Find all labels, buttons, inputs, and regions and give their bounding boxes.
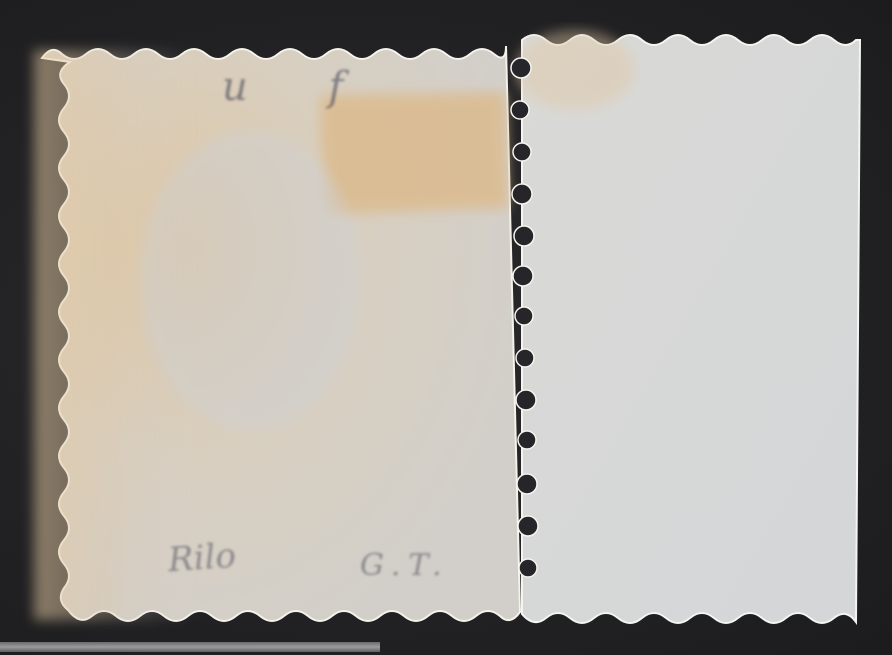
paper-thin-area	[140, 130, 360, 430]
pencil-notation-bottom-right: G.T.	[360, 548, 450, 583]
pencil-notation-bottom-left: Rilo	[167, 536, 237, 581]
pencil-notation-top: u f	[222, 64, 377, 110]
hinge-remnant	[320, 92, 508, 214]
selvage-margin	[522, 35, 860, 623]
